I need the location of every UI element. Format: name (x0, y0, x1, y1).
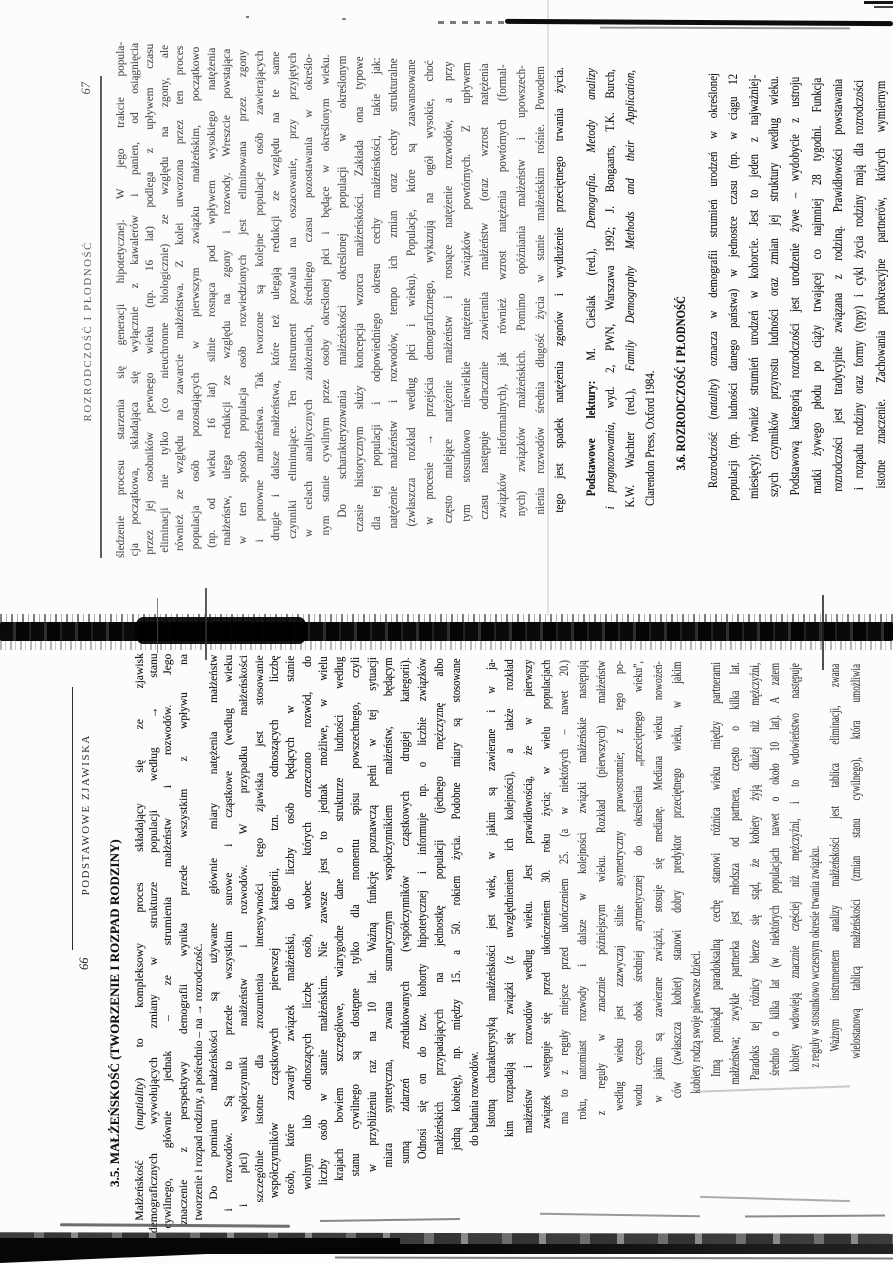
text-line: Rozrodczość (natality) oznacza w demogra… (703, 43, 723, 502)
text-line: w przybliżeniu raz na 10 lat. Ważną funk… (364, 644, 381, 1172)
running-head-title-66: PODSTAWOWE ZJAWISKA (80, 684, 92, 946)
text-line: K.W. Wachter (red.), Family Demography M… (621, 40, 641, 508)
text-line: szych czynników przyrostu ludności oraz … (764, 47, 785, 497)
text-segment: ) oznacza w demografii strumień urodzeń … (705, 73, 720, 383)
text-line: miesięcy); również strumień urodzeń w ko… (744, 45, 765, 499)
section-heading: 3.5. MAŁŻEŃSKOŚĆ (TWORZENIE I ROZPAD ROD… (108, 638, 122, 1242)
text-line: Podstawową kategorią rozrodczości jest u… (785, 48, 806, 496)
paragraph: Małżeńskość (nuptiality) to kompleksowy … (133, 638, 206, 1242)
text-line: małżeńskich przypadających na jednostkę … (431, 646, 448, 1155)
scan-speck (342, 18, 346, 20)
gutter-hairline (157, 598, 158, 653)
text-line: i rozwodów. Są to przede wszystkim surow… (221, 641, 236, 1212)
text-line: tworzenie i rozpad rodziny, a pośrednio … (191, 640, 206, 1220)
running-head-rule-66 (72, 687, 73, 950)
text-segment: natality (705, 383, 720, 416)
gutter-hairline (205, 588, 207, 660)
running-head-66: 66 PODSTAWOWE ZJAWISKA (75, 684, 92, 970)
text-line: Do pomiaru małżeńskości są używane główn… (206, 640, 221, 1216)
text-segment: K.W. Wachter (red.), (623, 371, 637, 507)
text-segment: M. Cieślak (red.), (584, 229, 598, 381)
text-segment: , wyd. 2, PWN, Warszawa 1992; J. Bongaar… (603, 69, 617, 425)
scan-dash-top-right-2 (874, 6, 893, 8)
text-line: Istotną charakterystyką małżeńskości jes… (483, 647, 501, 1142)
text-line: małżeństw i rozwodów według wieku. Jest … (519, 647, 537, 1133)
page-number-66: 66 (77, 958, 92, 971)
text-segment: Rozrodczość ( (705, 416, 720, 488)
text-line: demograficznych wywołujących zmiany w st… (147, 639, 162, 1233)
text-line: Podstawowe lektury: M. Cieślak (red.), D… (582, 37, 601, 511)
text-segment: Podstawowe lektury: (584, 381, 598, 497)
text-line: osób, które zawarły związek małżeński, d… (283, 642, 299, 1194)
text-line: populacji (np. ludności danego państwa) … (723, 44, 743, 501)
text-segment: Małżeńskość ( (133, 1126, 146, 1221)
text-line: i prognozowania, wyd. 2, PWN, Warszawa 1… (601, 38, 621, 509)
gutter-band-fringe-bottom (0, 640, 893, 650)
scan-dash-top-right (864, 1, 893, 4)
text-segment: Family Demography Methods and their Appl… (623, 73, 637, 372)
text-line: wolnym lub odnoszących liczbę osób, wobe… (299, 643, 315, 1190)
text-segment: i prognozowania (603, 425, 617, 510)
ink-smear-top-fade (438, 21, 510, 24)
section-heading: 3.6. ROZRODCZOŚĆ I PŁODNOŚĆ (671, 42, 691, 504)
text-line: Odnosi się on do tzw. kohorty hipotetycz… (414, 645, 431, 1159)
text-line: krajach bowiem szczegółowe, wiarygodne d… (331, 643, 347, 1181)
text-line: Clarendon Press, Oxford 1984. (640, 41, 660, 506)
text-segment: , (623, 70, 637, 73)
paragraph: Do pomiaru małżeńskości są używane główn… (206, 638, 484, 1242)
text-line: jedną kobietę), np. między 15. a 50. rok… (448, 646, 465, 1150)
text-line: Małżeńskość (nuptiality) to kompleksowy … (133, 638, 147, 1237)
text-line: szczególnie istotne dla zrozumienia inte… (252, 641, 268, 1202)
scan-speck (246, 16, 249, 18)
scan-exposure-overlay-top (0, 0, 548, 614)
text-segment: Demografia. Metody analizy (584, 68, 598, 228)
text-line: stanu cywilnego są dostępne tylko dla mo… (347, 644, 363, 1177)
text-line: i rozpadu rodziny oraz formy (typy) i cy… (848, 51, 869, 490)
text-line: istotne znaczenie. Zachowania prokreacyj… (870, 52, 890, 488)
text-line: kim rozpadają się związki (z uwzględnien… (501, 647, 519, 1137)
gutter-ink-blob (135, 617, 307, 644)
scan-exposure-overlay-bottom (548, 648, 893, 1238)
further-reading-block: Podstawowe lektury: M. Cieślak (red.), D… (582, 6, 660, 558)
page-edge-shadow-line (547, 0, 549, 616)
text-line: sumą zdarzeń zredukowanych (współczynnik… (397, 645, 414, 1164)
paragraph: Rozrodczość (natality) oznacza w demogra… (703, 6, 890, 558)
gutter-ink-band (0, 622, 893, 641)
text-line: współczynników cząstkowych pierwszej kat… (267, 642, 283, 1198)
text-line: do badania rozwodów. (466, 646, 484, 1146)
bottom-scan-hairline (335, 1257, 893, 1260)
text-line: i płci) współczynniki małżeństw i rozwod… (236, 641, 251, 1207)
text-segment: nuptiality (133, 1082, 146, 1126)
text-line: znaczenie z perspektywy demografii wynik… (176, 639, 191, 1224)
gutter-hairline (822, 595, 824, 670)
text-line: cywilnego, głównie jednak – ze strumieni… (161, 639, 176, 1229)
text-line: matki żywego płodu po ciąży trwającej co… (806, 49, 827, 494)
text-line: rozrodczości jest tradycyjnie związana z… (827, 50, 848, 492)
text-segment: ) to kompleksowy proces składający się z… (133, 653, 146, 1081)
text-line: miara syntetyczna, zwana sumarycznym wsp… (380, 644, 397, 1167)
scanned-book-spread: ROZRODCZOŚĆ I PŁODNOŚĆ 67 śledzenie proc… (0, 0, 893, 1263)
text-line: tego jest spadek natężenia zgonów i wydł… (550, 36, 569, 512)
text-line: liczby osób w stanie małżeńskim. Nie zaw… (315, 643, 331, 1185)
